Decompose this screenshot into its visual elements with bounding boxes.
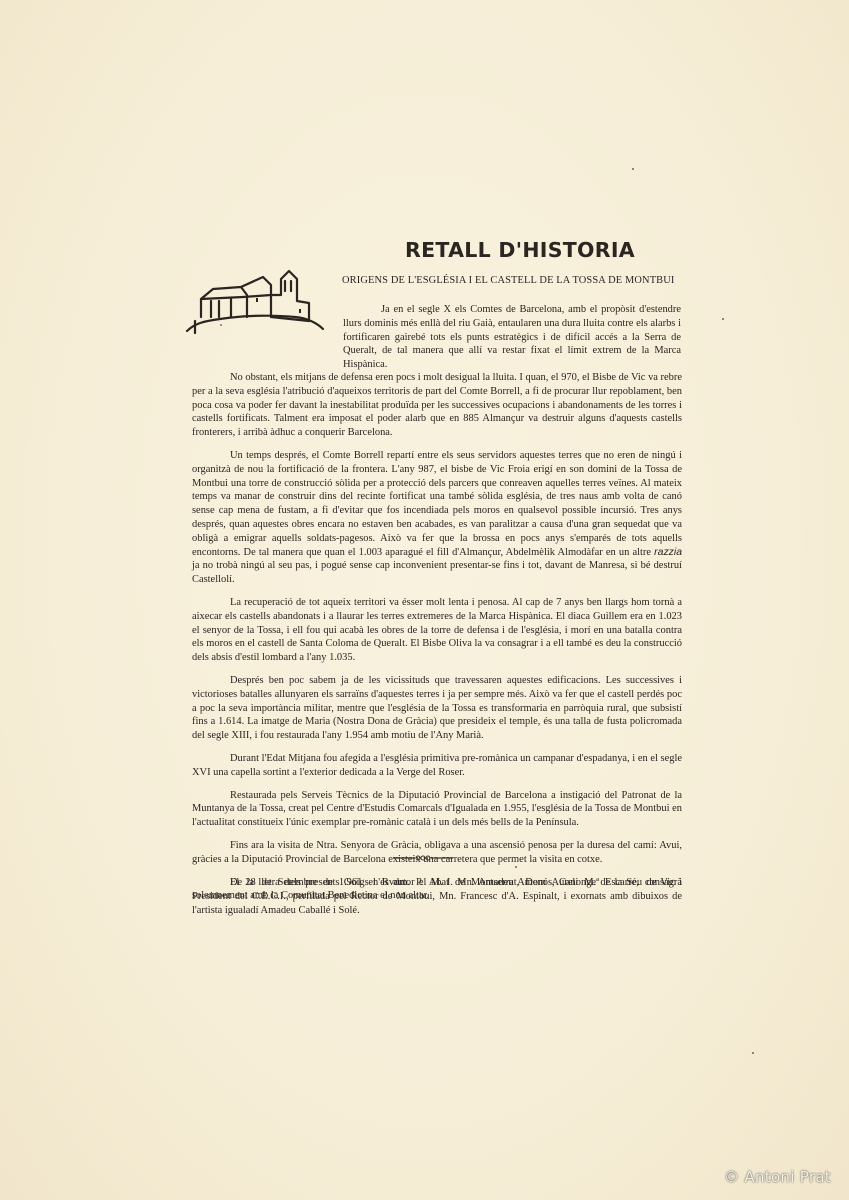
paragraph-2: Un temps després, el Comte Borrell repar… [192, 449, 682, 587]
intro-paragraph: Ja en el segle X els Comtes de Barcelona… [343, 303, 681, 372]
church-illustration [185, 265, 325, 340]
paper-speck [722, 318, 724, 320]
body-text: No obstant, els mitjans de defensa eren … [192, 371, 682, 912]
paragraph-1: No obstant, els mitjans de defensa eren … [192, 371, 682, 440]
paragraph-5: Durant l'Edat Mitjana fou afegida a l'es… [192, 752, 682, 780]
paper-speck [632, 168, 634, 170]
paper-speck [752, 1052, 754, 1054]
paragraph-2-tail: ja no trobà ningú al seu pas, i pogué se… [192, 560, 682, 585]
paragraph-2-main: Un temps després, el Comte Borrell repar… [192, 450, 682, 558]
paragraph-3: La recuperació de tot aqueix territori v… [192, 596, 682, 665]
intro-paragraph-block: Ja en el segle X els Comtes de Barcelona… [343, 303, 681, 372]
italic-word: razzia [654, 547, 682, 558]
paper-speck [515, 866, 517, 868]
paragraph-6: Restaurada pels Serveis Tècnics de la Di… [192, 789, 682, 830]
credits-block: De la lletra dels presents Goigs n'és au… [192, 876, 682, 917]
paragraph-4: Després ben poc sabem ja de les vicissit… [192, 674, 682, 743]
credits-paragraph: De la lletra dels presents Goigs n'és au… [192, 876, 682, 917]
document-subtitle: ORIGENS DE L'ESGLÉSIA I EL CASTELL DE LA… [342, 275, 682, 286]
document-page: RETALL D'HISTORIA ORIGENS DE L'ESGLÉSIA … [0, 0, 849, 1200]
document-title: RETALL D'HISTORIA [400, 238, 640, 262]
divider-ornament-icon [393, 853, 453, 863]
copyright-watermark: © Antoni Prat [724, 1168, 831, 1186]
